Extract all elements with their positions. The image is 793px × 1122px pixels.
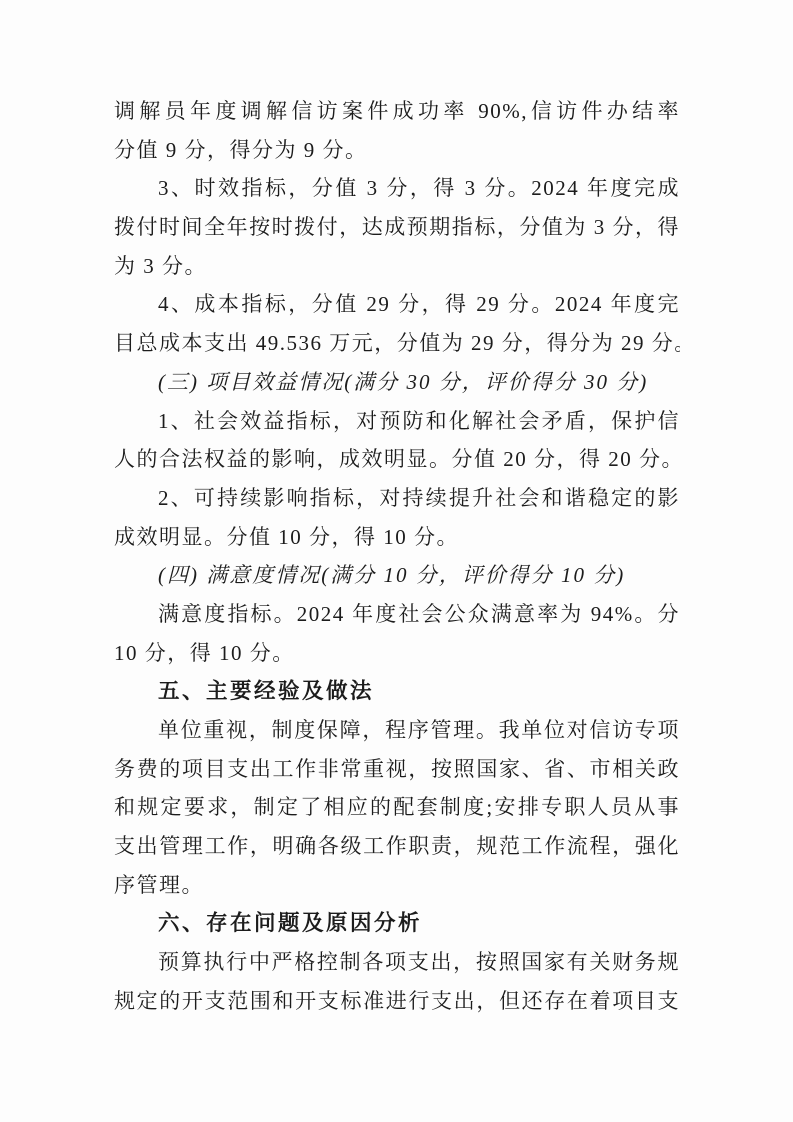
text-line: 满意度指标。2024 年度社会公众满意率为 94%。分值 bbox=[114, 595, 680, 634]
text-line: 预算执行中严格控制各项支出，按照国家有关财务规章 bbox=[114, 943, 680, 982]
text-line: 10 分，得 10 分。 bbox=[114, 634, 680, 673]
text-line: 2、可持续影响指标，对持续提升社会和谐稳定的影响， bbox=[114, 479, 680, 518]
text-line: 和规定要求，制定了相应的配套制度;安排专职人员从事经费 bbox=[114, 788, 680, 827]
text-line: 3、时效指标，分值 3 分，得 3 分。2024 年度完成资金 bbox=[114, 169, 680, 208]
sub-section-heading: (四) 满意度情况(满分 10 分，评价得分 10 分) bbox=[114, 556, 680, 595]
text-line: 单位重视，制度保障，程序管理。我单位对信访专项业 bbox=[114, 711, 680, 750]
text-line: 成效明显。分值 10 分，得 10 分。 bbox=[114, 518, 680, 557]
section-heading: 五、主要经验及做法 bbox=[114, 672, 680, 711]
text-line: 规定的开支范围和开支标准进行支出，但还存在着项目支出 bbox=[114, 982, 680, 1021]
text-line: 调解员年度调解信访案件成功率 90%,信访件办结率 93.61%, bbox=[114, 92, 680, 131]
section-heading: 六、存在问题及原因分析 bbox=[114, 904, 680, 943]
text-line: 分值 9 分，得分为 9 分。 bbox=[114, 131, 680, 170]
sub-section-heading: (三) 项目效益情况(满分 30 分，评价得分 30 分) bbox=[114, 363, 680, 402]
text-line: 为 3 分。 bbox=[114, 247, 680, 286]
document-page: 调解员年度调解信访案件成功率 90%,信访件办结率 93.61%,分值 9 分，… bbox=[0, 0, 793, 1122]
text-line: 拨付时间全年按时拨付，达成预期指标，分值为 3 分，得分 bbox=[114, 208, 680, 247]
text-line: 1、社会效益指标，对预防和化解社会矛盾，保护信访 bbox=[114, 402, 680, 441]
text-line: 目总成本支出 49.536 万元，分值为 29 分，得分为 29 分。 bbox=[114, 324, 680, 363]
text-line: 人的合法权益的影响，成效明显。分值 20 分，得 20 分。 bbox=[114, 440, 680, 479]
text-line: 务费的项目支出工作非常重视，按照国家、省、市相关政策 bbox=[114, 750, 680, 789]
document-text-block: 调解员年度调解信访案件成功率 90%,信访件办结率 93.61%,分值 9 分，… bbox=[114, 92, 680, 1021]
text-line: 4、成本指标，分值 29 分，得 29 分。2024 年度完成项 bbox=[114, 285, 680, 324]
text-line: 支出管理工作，明确各级工作职责，规范工作流程，强化程 bbox=[114, 827, 680, 866]
text-line: 序管理。 bbox=[114, 866, 680, 905]
